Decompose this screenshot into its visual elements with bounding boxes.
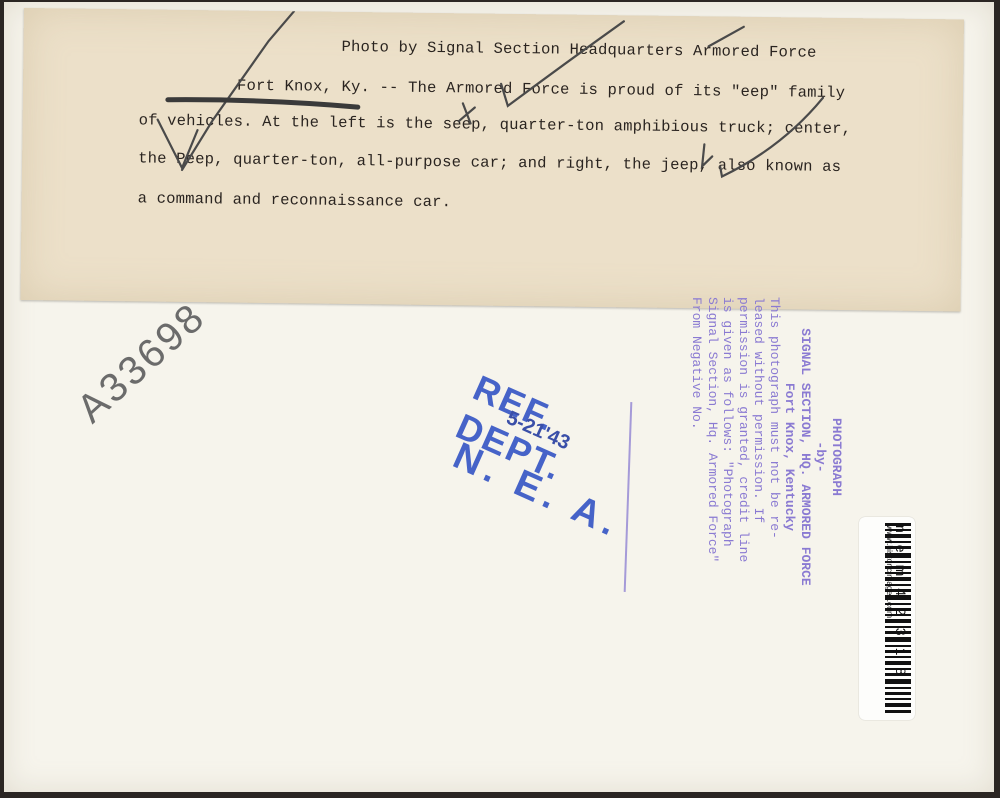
stamp-line: leased without permission. If [751,297,767,617]
stamp-line: is given as follows: "Photograph [720,297,736,617]
barcode-label: nem42318 www.historicimages.com [859,517,915,720]
pencil-checkmarks-icon [20,8,963,311]
barcode-code: nem42318 [893,525,909,687]
stamp-location: Fort Knox, Kentucky [782,297,798,617]
barcode-text: nem42318 www.historicimages.com [885,525,909,687]
ref-dept-stamp: REF. DEPT. 5-21'43 N. E. A. [454,347,674,547]
caption-slip: Photo by Signal Section Headquarters Arm… [20,8,963,311]
signal-section-stamp: PHOTOGRAPH -by- SIGNAL SECTION, HQ. ARMO… [689,297,844,617]
stamp-line: permission is granted, credit line [736,297,752,617]
stamp-org: SIGNAL SECTION, HQ. ARMORED FORCE [798,297,814,617]
pencil-catalog-number: A33698 [69,294,215,432]
photo-back-paper: Photo by Signal Section Headquarters Arm… [4,2,994,792]
stamp-title: PHOTOGRAPH [829,297,845,617]
stamp-line: From Negative No. [689,297,705,617]
stamp-line: This photograph must not be re- [767,297,783,617]
stamp-by: -by- [813,297,829,617]
stamp-line: Signal Section, Hq. Armored Force" [705,297,721,617]
